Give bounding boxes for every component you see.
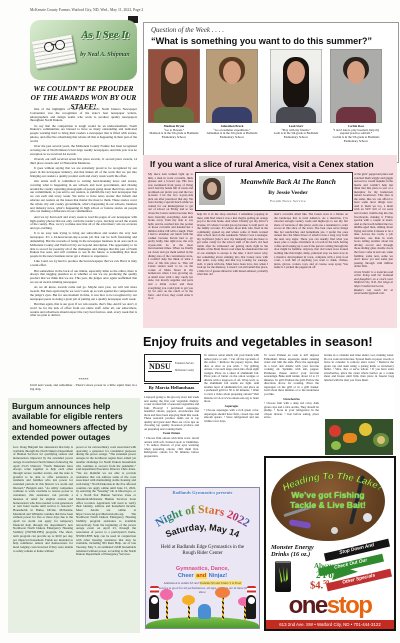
veg-column-2: To remove onion smell, rub your hands wi… [204, 354, 259, 482]
cenex-column-4-text: of the girls’ pepperoni pizza and watche… [354, 173, 393, 268]
monster-can-icon [275, 561, 291, 592]
ndsu-extension-logo: NDSU Extension Service McKenzie County [144, 354, 201, 382]
admission-highlight: Students $3 and Under 5 is Free! [200, 581, 242, 585]
truffula-puff [182, 595, 195, 605]
burgum-column-1: Gov. Doug Burgum has announced that help… [13, 446, 73, 629]
cenex-column-1: My niece Ada walked right up to him, a m… [148, 173, 193, 324]
oped-paragraph: Overall, our staff received seven first … [30, 158, 137, 166]
striped-hat [247, 586, 256, 595]
newspaper-icon [32, 35, 76, 70]
striped-hat [150, 586, 159, 595]
night-of-stars-ad: Badlands Gymnastics presents Night of St… [145, 487, 260, 629]
headshot-photo [206, 49, 258, 123]
lure-icon [289, 519, 312, 529]
veg-col1b-text: • Choose firm onions with little scars. … [144, 436, 199, 458]
ranch-column-byline: By Jessie Veeder [227, 190, 349, 196]
oped-paragraph: To say that the competition is tough wou… [30, 125, 137, 144]
avatar-shirt [276, 107, 316, 123]
qow-kicker: Question of the Week . . . . [151, 26, 224, 34]
oped-paragraph: Over the past several years, the McKenzi… [30, 145, 137, 156]
monster-line2: Drinks (16 oz.) [271, 551, 314, 558]
reel-icon [363, 513, 372, 522]
veg-col1-text: I enjoyed going to the grocery store las… [144, 396, 199, 431]
oped-paragraph: As we all know, awards come and go. Mayb… [30, 286, 137, 301]
page-header-line: McKenzie County Farmer, Watford City, ND… [30, 8, 143, 12]
oped-paragraph: It goes without saying that we are extre… [30, 167, 137, 178]
logo-stop: stop [327, 592, 372, 619]
truffula-puff [160, 589, 173, 600]
ndsu-logo-word: NDSU [148, 361, 172, 372]
one-stop-ad: Heading To The Lake? We’ve got Fishing T… [264, 456, 396, 631]
avocado-pit-blob [377, 436, 385, 444]
headshot-photo [270, 49, 322, 123]
oped-body: One of the highlights of this past weeke… [30, 108, 137, 376]
veg-column-1: I enjoyed going to the grocery store las… [144, 396, 199, 482]
avatar-face [287, 61, 305, 84]
avatar-face [223, 61, 241, 84]
one-stop-address: 613 2nd Ave. SW • Watford City, ND • 701… [266, 620, 394, 629]
fishing-offer-text: We’ve got Fishing Tackle & Live Bait! [278, 491, 378, 510]
act-and: and [195, 573, 207, 579]
veg-headline: Enjoy fruits and vegetables in season! [143, 335, 395, 349]
carrot-blob [343, 433, 357, 443]
glasses-icon [55, 40, 65, 50]
logo-one: one [289, 592, 327, 619]
act-cheer: Cheer [178, 573, 195, 579]
admission-text: Admission is Adults $5 and [163, 581, 199, 585]
headshot-caption: Leah Starr “Play with my friends.” Leah … [268, 125, 324, 140]
newspaper-page: McKenzie County Farmer, Watford City, ND… [0, 0, 400, 643]
column-logo-title: As I See It [74, 29, 136, 41]
monster-product-text: Monster Energy Drinks (16 oz.) [271, 544, 314, 559]
oped-closing-line: Until next week, and remember - There’s … [30, 383, 137, 391]
oped-headline: WE COULDN’T BE PROUDER OF THE AWARDS WON… [30, 84, 137, 111]
cenex-column-3: man’s coveralls smell like. The Cenex st… [274, 213, 348, 324]
as-i-see-it-logo: As I See It by Neal A. Shipman [30, 20, 137, 80]
monster-claw-icon [275, 561, 291, 592]
question-of-week-box: Question of the Week . . . . “What is so… [143, 22, 399, 163]
person-detail: Leah is in the 5th grade at Badlands Ele… [268, 132, 324, 139]
headshot-photo [330, 49, 382, 123]
blue-character-icon [198, 604, 211, 619]
monster-line1: Monster Energy [271, 544, 314, 551]
headshot-caption: Johnathon Brock “Go on summer expedition… [204, 125, 260, 140]
avatar-face [165, 61, 183, 84]
avatar-face [207, 182, 217, 195]
veg-byline: By Marcia Hellandsaas [144, 383, 199, 392]
oped-paragraph: Our entire staff is committed to writing… [30, 180, 137, 214]
cenex-column-2: help fix it in the shop attached. I reme… [197, 213, 268, 324]
veg-col2b-text: • Choose asparagus with a rich green col… [204, 408, 259, 423]
person-detail: Madison is in the 5th grade at Badlands … [146, 132, 202, 139]
headshot-caption: Madison Bryan “Go to Hawaii.” Madison is… [146, 125, 202, 140]
veg-col3-text: To roast: Preheat an oven to 425 degrees… [264, 354, 319, 396]
ndsu-logo-sub: McKenzie County [175, 369, 199, 372]
oped-paragraph: It is no easy task trying to bring our s… [30, 232, 137, 259]
column-logo-byline: by Neal A. Shipman [74, 52, 136, 58]
price-main: $4. [310, 581, 323, 592]
ranch-column-service: Forum News Service [227, 199, 349, 203]
oped-paragraph: But somewhere in the back of our minds, … [30, 270, 137, 285]
cenex-column-4: of the girls’ pepperoni pizza and watche… [354, 173, 393, 324]
avatar-shirt [336, 107, 376, 123]
ranch-column-title: Meanwhile Back At The Ranch [227, 177, 349, 186]
avatar-shirt [212, 107, 252, 123]
avatar-face [347, 61, 365, 84]
stars-activities-line1: Gymnastics, Dance, [150, 566, 255, 572]
cat-in-hat-icon [246, 595, 256, 619]
person-detail: Johnathon is in the 5th grade at Badland… [204, 132, 260, 139]
cat-face [248, 597, 255, 604]
tomato-blob [329, 425, 341, 437]
burgum-headline: Burgum announces help available for elig… [12, 401, 136, 443]
cenex-article-panel: If you want a slice of rural America, vi… [143, 155, 397, 328]
stars-date-arc: Saturday, May 14 [152, 512, 253, 546]
truffula-puff [215, 587, 230, 598]
oped-paragraph: Like I said, we try hard to produce the … [30, 260, 137, 268]
veg-column-4: berries in a colander and rinse under co… [324, 354, 394, 416]
veg-column-3: To roast: Preheat an oven to 425 degrees… [264, 354, 319, 454]
burgum-column-2: power or for extraordinary costs associa… [76, 446, 136, 629]
person-detail: Corbin is in the 5th grade at Badlands E… [328, 136, 384, 143]
burgum-article-panel: Burgum announces help available for elig… [8, 398, 140, 633]
section-divider: ***** [30, 377, 137, 382]
produce-photo [325, 419, 393, 455]
ranch-column-header: Meanwhile Back At The Ranch By Jessie Ve… [195, 172, 353, 211]
cat-face [151, 597, 158, 604]
veg-col3b-text: • Choose fruit with a deep red color, da… [264, 401, 319, 419]
lettuce-blob [331, 441, 341, 450]
stars-activities-line2: Cheer and Ninjaz! [150, 573, 255, 579]
cenex-headline: If you want a slice of rural America, vi… [150, 159, 392, 169]
bobber-icon [331, 527, 338, 534]
pepper-blob [359, 423, 372, 436]
headshot-caption: Corbin Ross “I don’t know, play baseball… [328, 125, 384, 144]
qow-headline: “What is something you want to do this s… [151, 36, 372, 46]
columnist-bio: Jessie Veeder is a musician and writer l… [354, 271, 393, 296]
stars-venue: Held at Badlands Edge Gymnastics in the … [154, 545, 251, 557]
act-ninjaz: Ninjaz! [207, 573, 227, 579]
avatar-shirt [154, 107, 194, 123]
oped-paragraph: But then again, that is our goal. If we … [30, 303, 137, 318]
fishing-tackle-photo: Heading To The Lake? We’ve got Fishing T… [271, 461, 385, 541]
ndsu-logo-sub: Extension Service [175, 362, 199, 365]
one-stop-logo: onestop [266, 594, 394, 618]
stars-date: Saturday, May 14 [164, 522, 241, 540]
cat-in-hat-icon [149, 595, 159, 619]
oped-paragraph: And we try hard each and every week to l… [30, 216, 137, 231]
oped-paragraph: One of the highlights of this past weeke… [30, 108, 137, 123]
veg-col2-text: To remove onion smell, rub your hands wi… [204, 354, 259, 403]
columnist-photo [199, 176, 225, 205]
headshot-photo [148, 49, 200, 123]
svg-text:Saturday, May 14: Saturday, May 14 [164, 522, 241, 540]
